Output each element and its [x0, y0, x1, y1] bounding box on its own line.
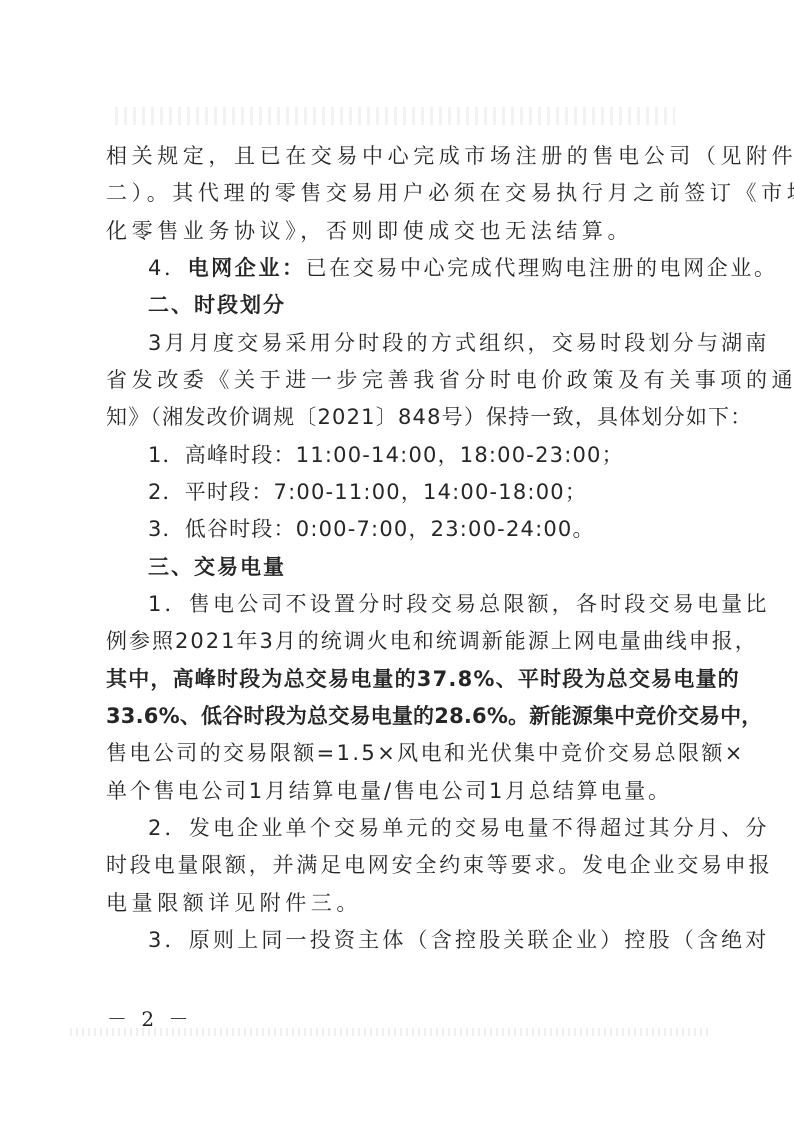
- valley-period-item: 3．低谷时段：0:00-7:00，23:00-24:00。: [106, 511, 696, 548]
- section-heading-time-periods: 二、时段划分: [106, 287, 696, 324]
- paragraph-line: 二）。其代理的零售交易用户必须在交易执行月之前签订《市场: [106, 175, 696, 212]
- paragraph-line-bold: 33.6%、低谷时段为总交易电量的28.6%。新能源集中竞价交易中，: [106, 698, 696, 735]
- paragraph-line: 3．原则上同一投资主体（含控股关联企业）控股（含绝对: [106, 922, 696, 959]
- section-heading-trade-volume: 三、交易电量: [106, 549, 696, 586]
- paragraph-line: 单个售电公司1月结算电量/售电公司1月总结算电量。: [106, 773, 696, 810]
- flat-period-item: 2．平时段：7:00-11:00，14:00-18:00；: [106, 474, 696, 511]
- paragraph-line: 3月月度交易采用分时段的方式组织，交易时段划分与湖南: [106, 325, 696, 362]
- paragraph-line: 省发改委《关于进一步完善我省分时电价政策及有关事项的通: [106, 362, 696, 399]
- paragraph-line: 时段电量限额，并满足电网安全约束等要求。发电企业交易申报: [106, 847, 696, 884]
- paragraph-line-bold: 其中，高峰时段为总交易电量的37.8%、平时段为总交易电量的: [106, 661, 696, 698]
- item-label: 电网企业：: [188, 256, 306, 280]
- document-body: 相关规定，且已在交易中心完成市场注册的售电公司（见附件 二）。其代理的零售交易用…: [106, 138, 696, 959]
- grid-company-item: 4．电网企业：已在交易中心完成代理购电注册的电网企业。: [106, 250, 696, 287]
- item-number: 4．: [148, 256, 188, 280]
- paragraph-line: 例参照2021年3月的统调火电和统调新能源上网电量曲线申报，: [106, 623, 696, 660]
- paragraph-line: 知》（湘发改价调规〔2021〕848号）保持一致，具体划分如下：: [106, 399, 696, 436]
- paragraph-line: 2．发电企业单个交易单元的交易电量不得超过其分月、分: [106, 810, 696, 847]
- item-text: 已在交易中心完成代理购电注册的电网企业。: [306, 256, 778, 280]
- paragraph-line: 售电公司的交易限额=1.5×风电和光伏集中竞价交易总限额×: [106, 735, 696, 772]
- paragraph-line: 电量限额详见附件三。: [106, 885, 696, 922]
- paragraph-line: 化零售业务协议》，否则即使成交也无法结算。: [106, 213, 696, 250]
- paragraph-line: 1．售电公司不设置分时段交易总限额，各时段交易电量比: [106, 586, 696, 623]
- scan-artifact-bottom: [70, 1028, 710, 1036]
- peak-period-item: 1．高峰时段：11:00-14:00，18:00-23:00；: [106, 437, 696, 474]
- paragraph-line: 相关规定，且已在交易中心完成市场注册的售电公司（见附件: [106, 138, 696, 175]
- scan-artifact-top: [115, 107, 675, 125]
